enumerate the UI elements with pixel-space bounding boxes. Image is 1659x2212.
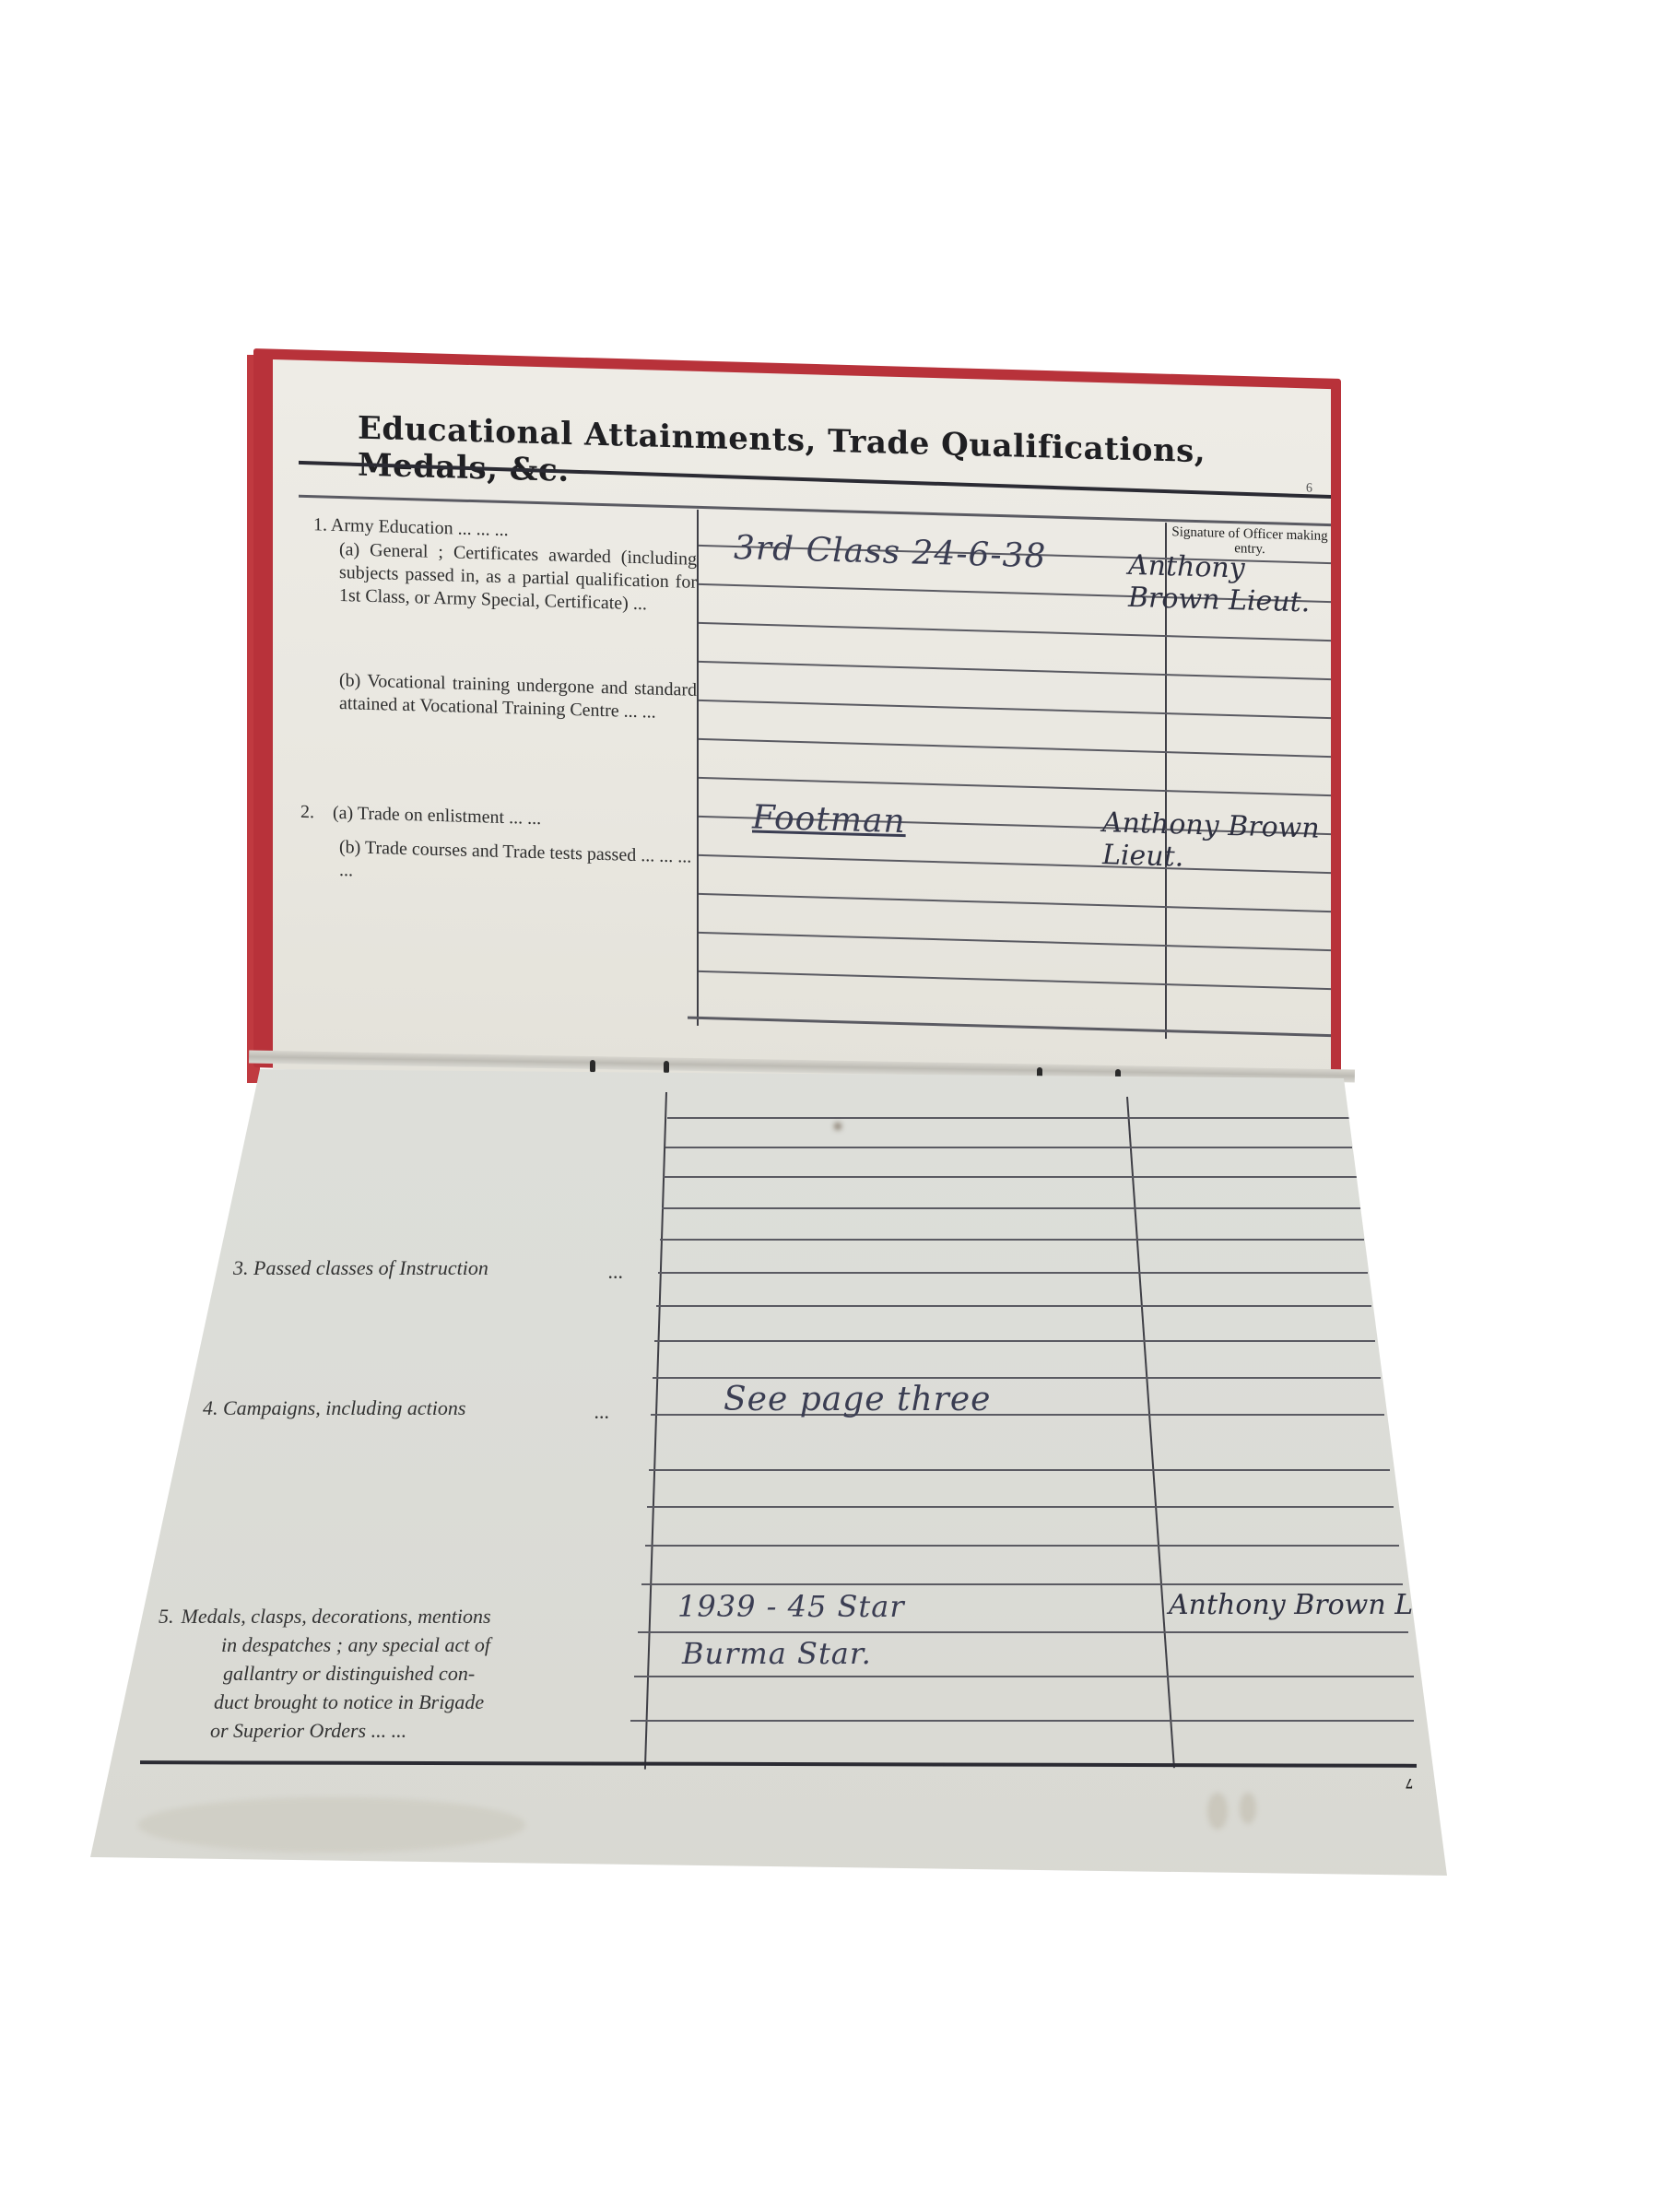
section-label-line: gallantry or distinguished con- [159, 1659, 491, 1688]
officer-signature-2: Anthony Brown Lieut. [1102, 806, 1331, 877]
paper-stain [1207, 1793, 1228, 1830]
entry-line [699, 893, 1331, 912]
binding-stitch [590, 1060, 595, 1073]
paper-stain [138, 1797, 525, 1853]
entry-line [656, 1305, 1371, 1307]
subitem-text: Trade on enlistment ... ... [358, 804, 541, 829]
section-4-label: 4. Campaigns, including actions [203, 1394, 465, 1422]
entry-line [649, 1469, 1390, 1471]
handwritten-entry-trade: Footman [752, 799, 906, 841]
subitem-marker: (a) [339, 539, 359, 560]
page-number-bottom: 7 [1406, 1774, 1413, 1791]
entry-line [699, 777, 1331, 796]
section-2b-text: (b) Trade courses and Trade tests passed… [339, 836, 697, 892]
section-number: 2. [300, 802, 314, 822]
entry-line [638, 1631, 1408, 1633]
entry-line [645, 1545, 1399, 1547]
section-label: Passed classes of Instruction [253, 1256, 488, 1279]
table-bottom-rule [688, 1017, 1331, 1037]
entry-line [634, 1676, 1414, 1677]
section-label: Campaigns, including actions [223, 1396, 465, 1419]
entry-line [667, 1117, 1349, 1119]
section-number: 1. [313, 514, 327, 535]
section-label: Army Education ... ... ... [331, 515, 509, 540]
page-number-top: 9 [1306, 478, 1312, 493]
column-divider-signature [1126, 1097, 1175, 1768]
entry-line [653, 1377, 1381, 1379]
section-number: 3. [233, 1256, 249, 1279]
entry-line [699, 661, 1331, 680]
section-label-line: duct brought to notice in Brigade [159, 1688, 491, 1716]
subitem-marker: (b) [339, 670, 360, 691]
handwritten-entry-education: 3rd Class 24-6-38 [734, 529, 1046, 575]
paper-spot [834, 1123, 841, 1130]
section-3-label: 3. Passed classes of Instruction [233, 1253, 488, 1282]
entry-line [664, 1176, 1357, 1178]
officer-signature-3: Anthony Brown Lieut. [1169, 1589, 1476, 1621]
subitem-text: Trade courses and Trade tests passed ...… [339, 838, 691, 881]
leader-dots: ... [594, 1397, 610, 1426]
bottom-page: 3. Passed classes of Instruction ... 4. … [0, 0, 1659, 2212]
section-number: 4. [203, 1396, 218, 1419]
entry-line [654, 1340, 1375, 1342]
column-divider-entry [697, 510, 699, 1026]
handwritten-entry-medal-2: Burma Star. [682, 1636, 872, 1671]
entry-line [660, 1239, 1364, 1241]
top-page: Educational Attainments, Trade Qualifica… [273, 359, 1331, 1099]
paper-stain [1240, 1793, 1256, 1824]
entry-line [699, 700, 1331, 719]
section-label-line: Medals, clasps, decorations, mentions [182, 1602, 491, 1630]
section-label-line: or Superior Orders ... ... [159, 1716, 491, 1745]
binding-stitch [664, 1061, 669, 1074]
entry-line [699, 622, 1331, 641]
entry-line [699, 738, 1331, 758]
table-bottom-rule [140, 1760, 1417, 1768]
entry-line [699, 932, 1331, 951]
entry-line [641, 1583, 1403, 1585]
subitem-text: General ; Certificates awarded (includin… [339, 540, 697, 614]
section-number: 5. [159, 1602, 174, 1630]
officer-signature-1: Anthony Brown Lieut. [1128, 549, 1331, 619]
subitem-text: Vocational training undergone and standa… [339, 671, 697, 723]
section-label-line: in despatches ; any special act of [159, 1630, 491, 1659]
section-1a-text: (a) General ; Certificates awarded (incl… [339, 538, 697, 618]
entry-line [665, 1147, 1352, 1148]
entry-line [658, 1272, 1368, 1274]
handwritten-entry-medal-1: 1939 - 45 Star [677, 1589, 905, 1624]
section-5-label: 5. Medals, clasps, decorations, mentions… [159, 1602, 491, 1745]
entry-line [647, 1506, 1394, 1508]
subitem-marker: (a) [333, 803, 353, 824]
page-title: Educational Attainments, Trade Qualifica… [358, 410, 1331, 511]
entry-line [630, 1720, 1414, 1722]
handwritten-entry-campaigns: See page three [724, 1381, 992, 1418]
subitem-marker: (b) [339, 837, 360, 858]
entry-line [699, 971, 1331, 990]
section-2a-text: 2. (a) Trade on enlistment ... ... [300, 801, 697, 835]
leader-dots: ... [608, 1257, 624, 1286]
section-1b-text: (b) Vocational training undergone and st… [339, 669, 697, 725]
column-divider-entry [644, 1092, 667, 1770]
entry-line [662, 1207, 1360, 1209]
